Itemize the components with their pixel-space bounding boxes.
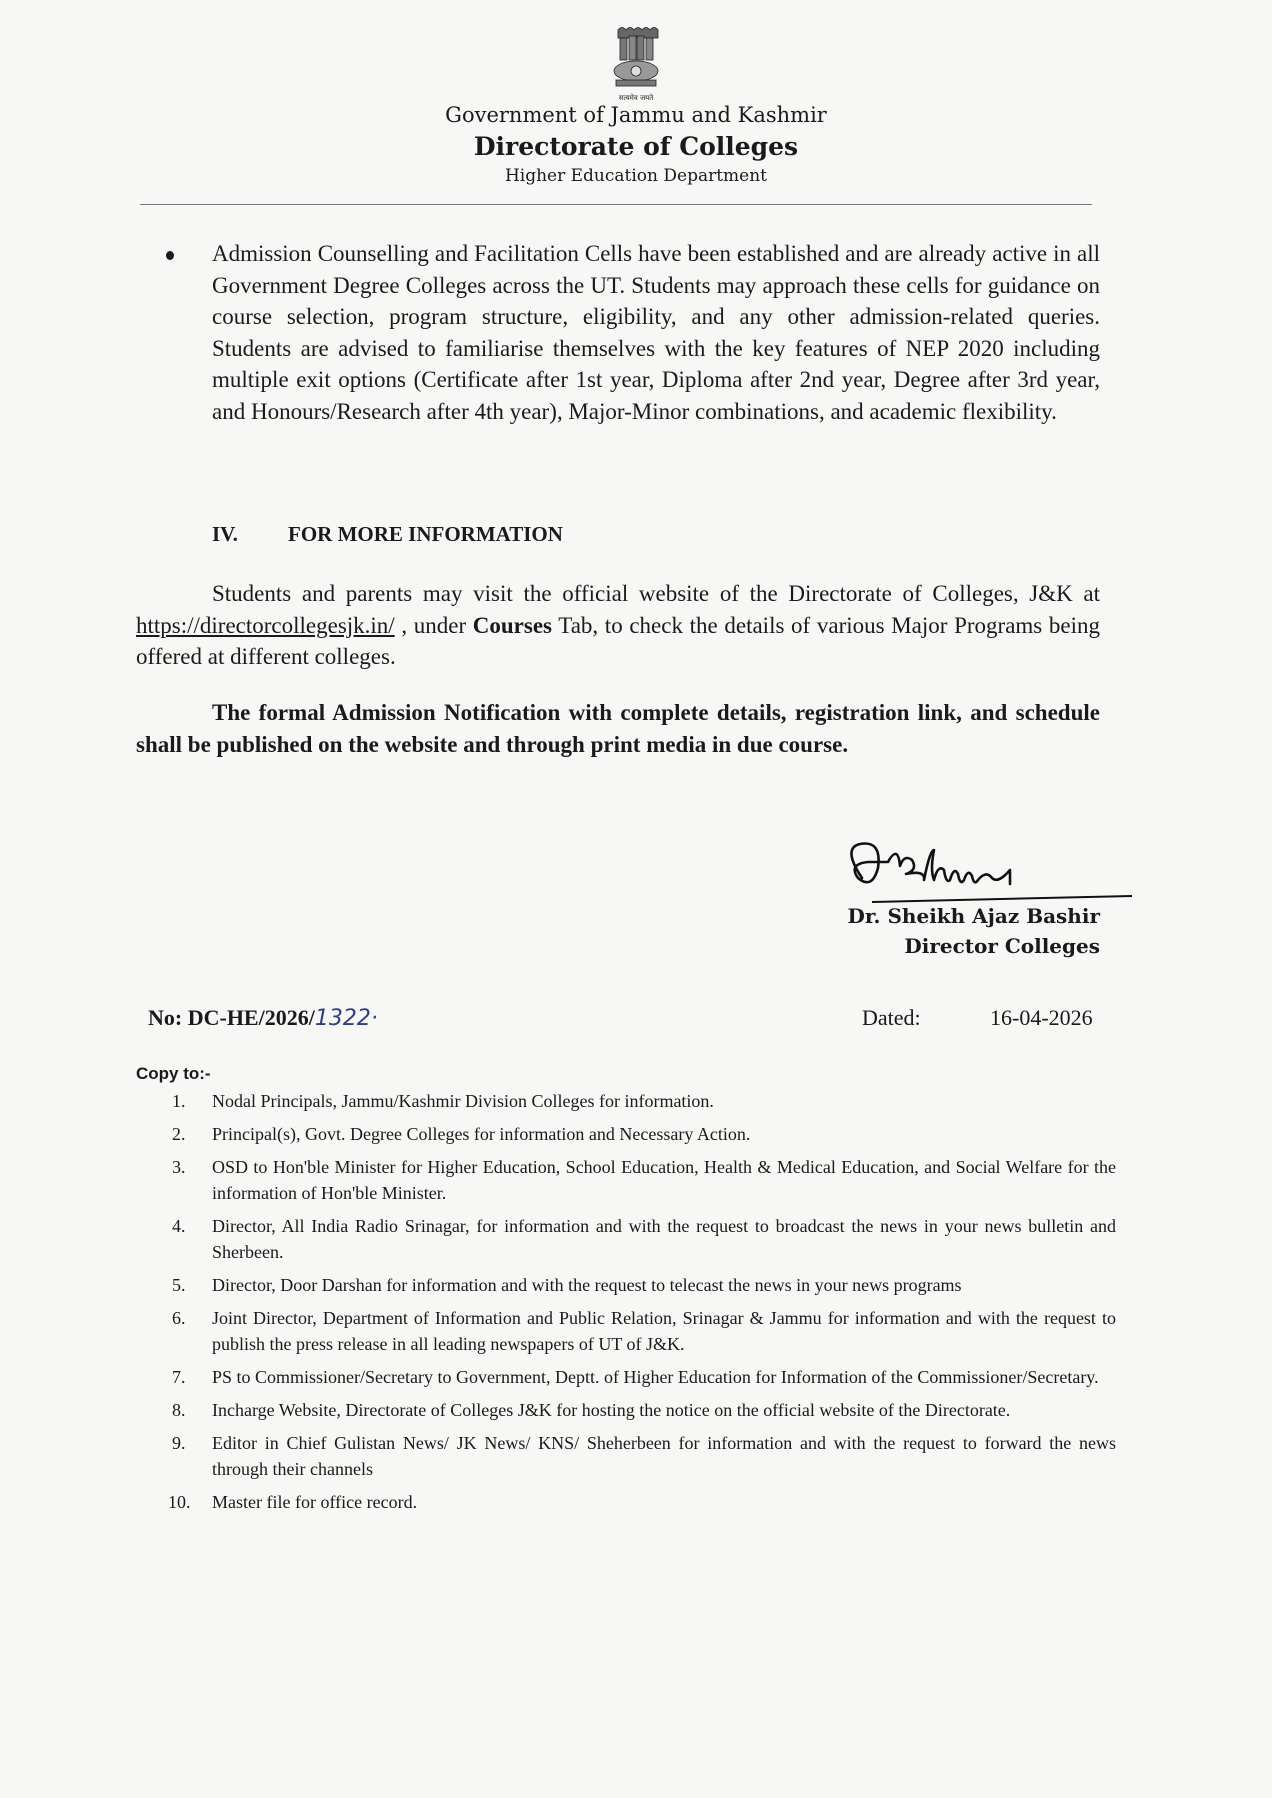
signatory-name: Dr. Sheikh Ajaz Bashir — [848, 904, 1100, 928]
handwritten-number: 1322 — [315, 1006, 371, 1031]
list-item: 10.Master file for office record. — [146, 1489, 1116, 1515]
reference-prefix: No: DC-HE/2026/ — [148, 1005, 315, 1030]
list-item: 1.Nodal Principals, Jammu/Kashmir Divisi… — [146, 1088, 1116, 1114]
list-item: 6.Joint Director, Department of Informat… — [146, 1305, 1116, 1357]
dated-label: Dated: — [862, 1005, 921, 1031]
directorate-title: Directorate of Colleges — [0, 132, 1272, 161]
department-name: Higher Education Department — [0, 166, 1272, 186]
info-text-start: Students and parents may visit the offic… — [212, 581, 1100, 606]
svg-text:सत्यमेव जयते: सत्यमेव जयते — [619, 93, 654, 102]
copy-to-list: 1.Nodal Principals, Jammu/Kashmir Divisi… — [146, 1088, 1116, 1522]
section-number: IV. — [212, 522, 238, 547]
dated-value: 16-04-2026 — [990, 1005, 1093, 1031]
national-emblem-icon: सत्यमेव जयते — [604, 24, 668, 106]
list-item: 5.Director, Door Darshan for information… — [146, 1272, 1116, 1298]
notification-notice: The formal Admission Notification with c… — [136, 697, 1100, 760]
government-name: Government of Jammu and Kashmir — [0, 103, 1272, 127]
header-divider — [140, 204, 1092, 205]
copy-to-heading: Copy to:- — [136, 1064, 211, 1084]
list-item: 7.PS to Commissioner/Secretary to Govern… — [146, 1364, 1116, 1390]
bullet-icon — [166, 251, 174, 260]
courses-tab-label: Courses — [473, 613, 552, 638]
list-item: 8.Incharge Website, Directorate of Colle… — [146, 1397, 1116, 1423]
signatory-designation: Director Colleges — [904, 934, 1100, 958]
section-title: FOR MORE INFORMATION — [288, 522, 563, 547]
list-item: 9.Editor in Chief Gulistan News/ JK News… — [146, 1430, 1116, 1482]
list-item: 4.Director, All India Radio Srinagar, fo… — [146, 1213, 1116, 1265]
document-page: सत्यमेव जयते Government of Jammu and Kas… — [0, 0, 1272, 1798]
website-link[interactable]: https://directorcollegesjk.in/ — [136, 613, 395, 638]
reference-number: No: DC-HE/2026/1322· — [148, 1005, 378, 1031]
info-paragraph: Students and parents may visit the offic… — [136, 578, 1100, 673]
counselling-text: Admission Counselling and Facilitation C… — [212, 238, 1100, 427]
list-item: 2.Principal(s), Govt. Degree Colleges fo… — [146, 1121, 1116, 1147]
reference-suffix: · — [371, 1006, 378, 1031]
list-item: 3.OSD to Hon'ble Minister for Higher Edu… — [146, 1154, 1116, 1206]
info-text-middle: , under — [395, 613, 473, 638]
